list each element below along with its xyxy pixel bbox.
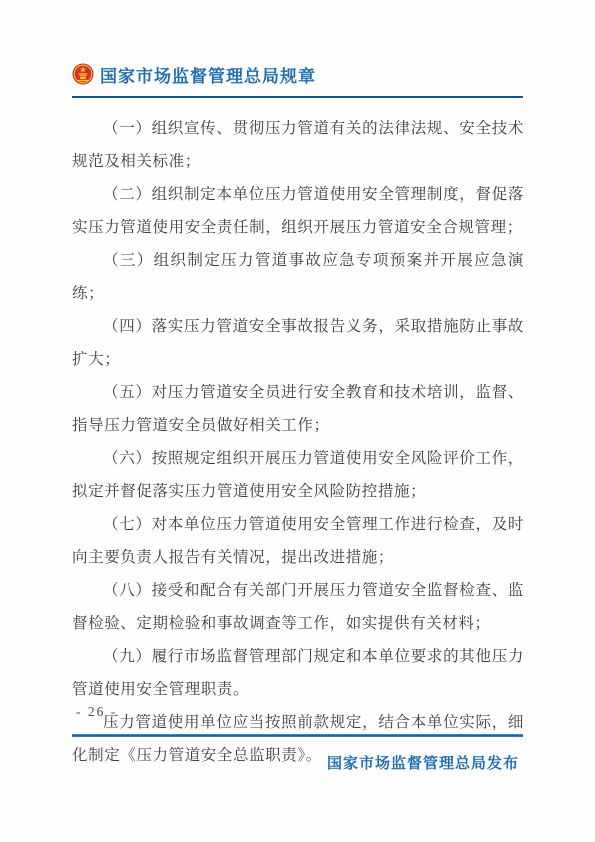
footer-rule — [72, 734, 523, 737]
body-paragraph: （一）组织宣传、贯彻压力管道有关的法律法规、安全技术规范及相关标准； — [72, 112, 524, 178]
document-body: （一）组织宣传、贯彻压力管道有关的法律法规、安全技术规范及相关标准；（二）组织制… — [72, 112, 524, 772]
china-national-emblem-icon — [72, 61, 94, 87]
body-paragraph: （三）组织制定压力管道事故应急专项预案并开展应急演练； — [72, 244, 524, 310]
body-paragraph: （八）接受和配合有关部门开展压力管道安全监督检查、监督检验、定期检验和事故调查等… — [72, 574, 524, 640]
page-number: - 26 - — [76, 704, 117, 720]
header-rule — [72, 96, 523, 98]
body-paragraph: （五）对压力管道安全员进行安全教育和技术培训，监督、指导压力管道安全员做好相关工… — [72, 376, 524, 442]
header-row: 国家市场监督管理总局规章 — [72, 60, 523, 88]
header-title: 国家市场监督管理总局规章 — [100, 62, 316, 87]
body-paragraph: （九）履行市场监督管理部门规定和本单位要求的其他压力管道使用安全管理职责。 — [72, 640, 524, 706]
body-paragraph: （四）落实压力管道安全事故报告义务，采取措施防止事故扩大； — [72, 310, 524, 376]
body-paragraph: （六）按照规定组织开展压力管道使用安全风险评价工作，拟定并督促落实压力管道使用安… — [72, 442, 524, 508]
body-paragraph: （七）对本单位压力管道使用安全管理工作进行检查，及时向主要负责人报告有关情况，提… — [72, 508, 524, 574]
document-page: 国家市场监督管理总局规章 （一）组织宣传、贯彻压力管道有关的法律法规、安全技术规… — [0, 0, 595, 842]
footer-publisher: 国家市场监督管理总局发布 — [72, 752, 519, 773]
body-paragraph: （二）组织制定本单位压力管道使用安全管理制度，督促落实压力管道使用安全责任制，组… — [72, 178, 524, 244]
page-header: 国家市场监督管理总局规章 — [72, 60, 523, 98]
